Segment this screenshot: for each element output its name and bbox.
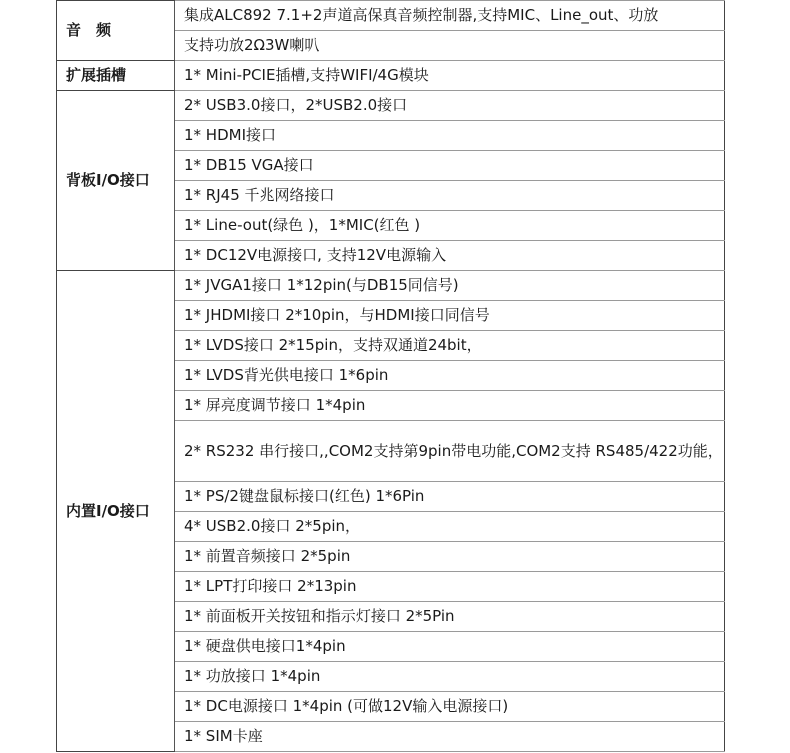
spec-value-rear-dc: 1* DC12V电源接口, 支持12V电源输入: [175, 241, 725, 271]
spec-value-rear-hdmi: 1* HDMI接口: [175, 121, 725, 151]
spec-value-brightness: 1* 屏亮度调节接口 1*4pin: [175, 391, 725, 421]
section-label-expansion: 扩展插槽: [57, 61, 175, 91]
table-row-audio-1: 音 频 集成ALC892 7.1+2声道高保真音频控制器,支持MIC、Line_…: [57, 1, 725, 31]
spec-value-lvds: 1* LVDS接口 2*15pin，支持双通道24bit，: [175, 331, 725, 361]
spec-value-rear-vga: 1* DB15 VGA接口: [175, 151, 725, 181]
table-row-rear-io-1: 背板I/O接口 2* USB3.0接口，2*USB2.0接口: [57, 91, 725, 121]
spec-value-jhdmi: 1* JHDMI接口 2*10pin，与HDMI接口同信号: [175, 301, 725, 331]
spec-value-audio-codec: 集成ALC892 7.1+2声道高保真音频控制器,支持MIC、Line_out、…: [175, 1, 725, 31]
spec-value-mini-pcie: 1* Mini-PCIE插槽,支持WIFI/4G模块: [175, 61, 725, 91]
spec-value-audio-amp: 支持功放2Ω3W喇叭: [175, 31, 725, 61]
spec-value-rs232: 2* RS232 串行接口,,COM2支持第9pin带电功能,COM2支持 RS…: [175, 421, 725, 482]
spec-value-sim: 1* SIM卡座: [175, 722, 725, 752]
section-label-rear-io: 背板I/O接口: [57, 91, 175, 271]
spec-value-front-audio: 1* 前置音频接口 2*5pin: [175, 542, 725, 572]
spec-value-ps2: 1* PS/2键盘鼠标接口(红色) 1*6Pin: [175, 482, 725, 512]
spec-value-amp-connector: 1* 功放接口 1*4pin: [175, 662, 725, 692]
spec-value-jvga: 1* JVGA1接口 1*12pin(与DB15同信号): [175, 271, 725, 301]
table-row-internal-io-1: 内置I/O接口 1* JVGA1接口 1*12pin(与DB15同信号): [57, 271, 725, 301]
spec-value-dc-power: 1* DC电源接口 1*4pin (可做12V输入电源接口): [175, 692, 725, 722]
spec-value-rear-audio: 1* Line-out(绿色 )，1*MIC(红色 ): [175, 211, 725, 241]
spec-value-internal-usb: 4* USB2.0接口 2*5pin，: [175, 512, 725, 542]
spec-value-lpt: 1* LPT打印接口 2*13pin: [175, 572, 725, 602]
spec-value-lvds-backlight: 1* LVDS背光供电接口 1*6pin: [175, 361, 725, 391]
section-label-internal-io: 内置I/O接口: [57, 271, 175, 752]
spec-value-hdd-power: 1* 硬盘供电接口1*4pin: [175, 632, 725, 662]
spec-value-rear-usb: 2* USB3.0接口，2*USB2.0接口: [175, 91, 725, 121]
spec-table: 音 频 集成ALC892 7.1+2声道高保真音频控制器,支持MIC、Line_…: [56, 0, 725, 752]
section-label-audio: 音 频: [57, 1, 175, 61]
spec-value-front-panel: 1* 前面板开关按钮和指示灯接口 2*5Pin: [175, 602, 725, 632]
table-row-expansion: 扩展插槽 1* Mini-PCIE插槽,支持WIFI/4G模块: [57, 61, 725, 91]
spec-value-rear-rj45: 1* RJ45 千兆网络接口: [175, 181, 725, 211]
